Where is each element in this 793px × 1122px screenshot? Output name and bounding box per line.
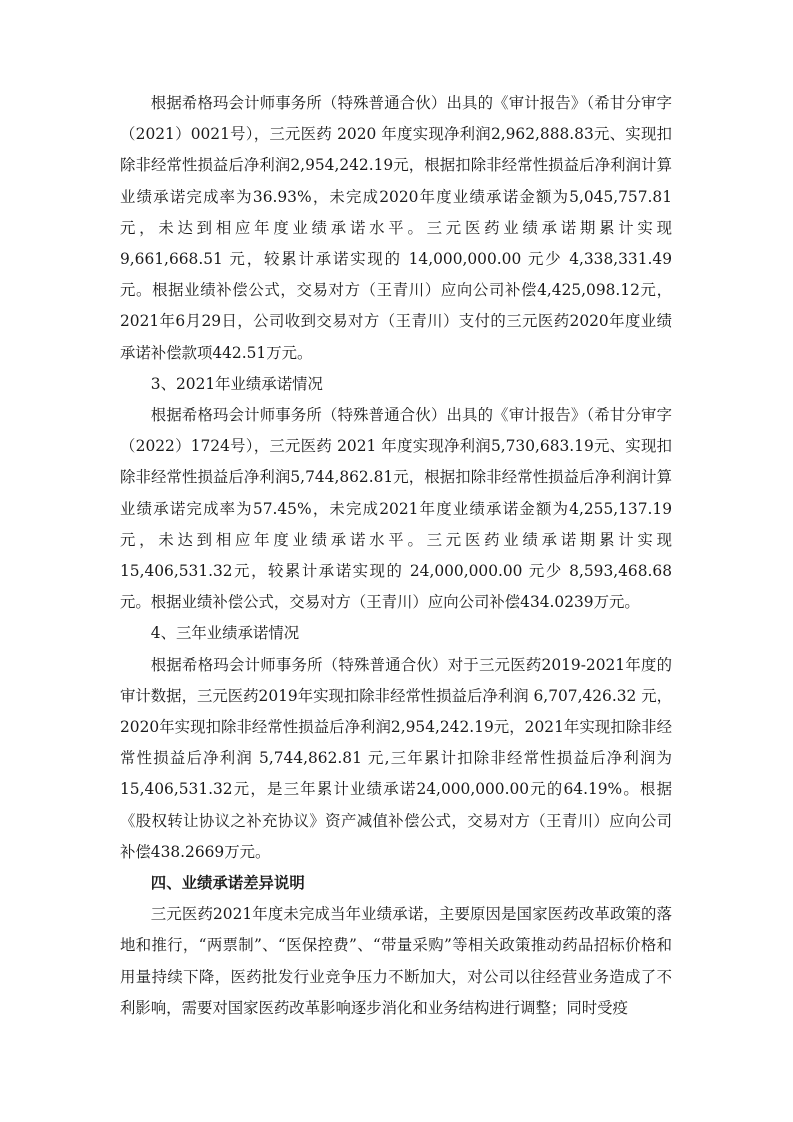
paragraph-2021-commitment: 根据希格玛会计师事务所（特殊普通合伙）出具的《审计报告》（希甘分审字（2022）… [120,400,672,618]
document-page: 根据希格玛会计师事务所（特殊普通合伙）出具的《审计报告》（希甘分审字（2021）… [120,88,672,1024]
subheading-three-year-commitment: 4、三年业绩承诺情况 [120,618,672,649]
paragraph-2020-commitment: 根据希格玛会计师事务所（特殊普通合伙）出具的《审计报告》（希甘分审字（2021）… [120,88,672,369]
paragraph-three-year-commitment: 根据希格玛会计师事务所（特殊普通合伙）对于三元医药2019-2021年度的审计数… [120,650,672,868]
subheading-2021-commitment: 3、2021年业绩承诺情况 [120,369,672,400]
paragraph-variance-explanation: 三元医药2021年度未完成当年业绩承诺，主要原因是国家医药改革政策的落地和推行，… [120,899,672,1024]
section-heading-variance-explanation: 四、业绩承诺差异说明 [120,868,672,899]
